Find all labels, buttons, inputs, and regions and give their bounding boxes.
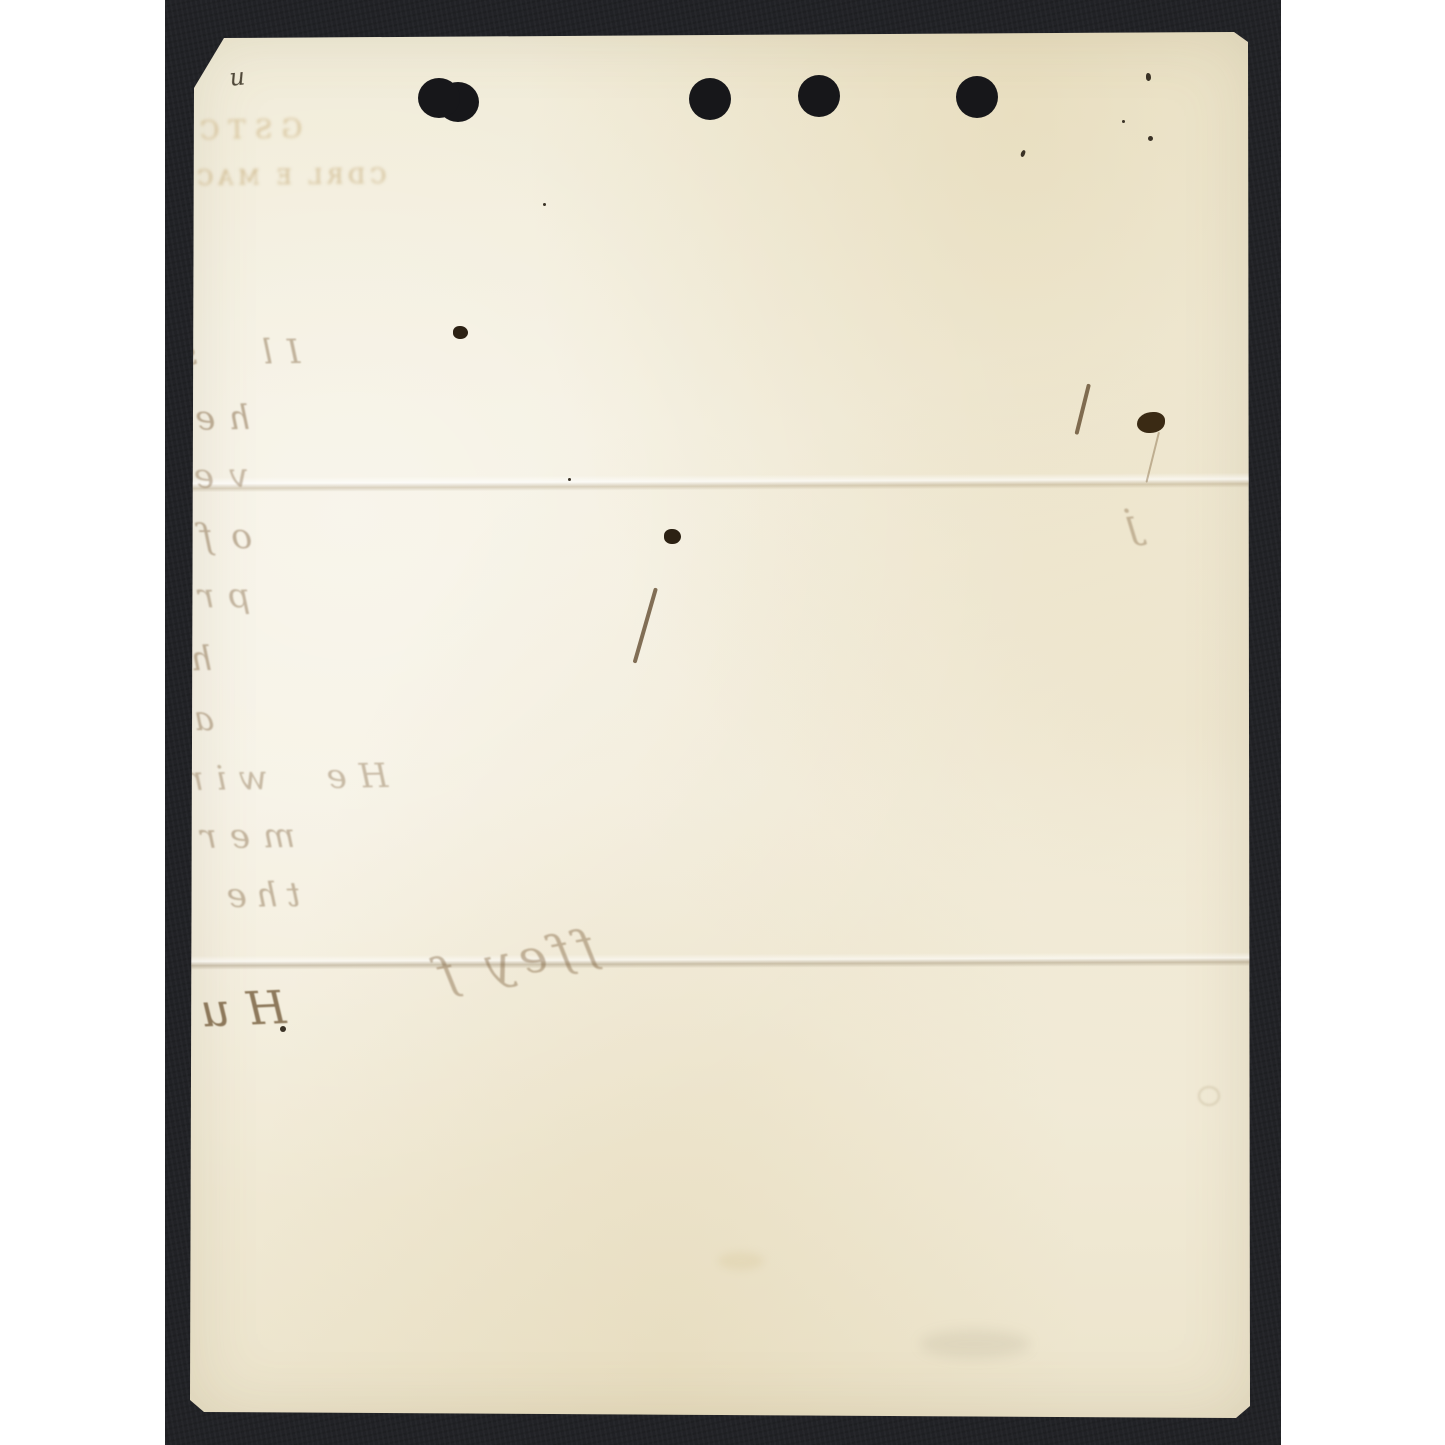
bleed-through-fragment: j — [1123, 500, 1140, 549]
bleed-through-line: and notes — [0, 699, 214, 743]
signature-bleed-through: Huyf H Mackell — [0, 980, 287, 1063]
bleed-through-line: of the pontes. Haven nen s — [0, 516, 252, 569]
letterhead-bleed-row1: GSTCL HOVSL & MOVAT HOPL IS — [0, 114, 303, 159]
ink-blot — [1137, 412, 1165, 433]
punch-hole — [798, 75, 840, 117]
paper-indent-mark — [1198, 1086, 1220, 1106]
paper-stain — [718, 1252, 764, 1270]
punch-hole — [956, 76, 998, 118]
closing-flourish: ffey f — [426, 918, 600, 1004]
ink-blot — [664, 529, 681, 544]
paper-speck — [543, 203, 546, 206]
fold-crease — [190, 473, 1252, 493]
punch-hole — [418, 78, 460, 118]
bleed-through-line: mere to brings, the nearne of — [0, 816, 295, 869]
ink-dot — [280, 1026, 286, 1032]
photo-black-backdrop: u GSTCL HOVSL & MOVAT HOPL IS CDRL E MAC… — [165, 0, 1281, 1445]
punch-hole — [689, 78, 731, 120]
bleed-through-line: very requeshe ne carlej flother — [0, 456, 248, 510]
bleed-through-line: Il s couceutis barnats, Herale — [0, 332, 301, 387]
bleed-through-line: her users weaned twently mateney — [0, 639, 212, 693]
bleed-through-line: the en grace the Corn's — [0, 875, 301, 925]
bleed-through-line: presty que estre ce the expens — [0, 576, 251, 632]
letterhead-bleed-row2: CDRL E MAC MTILLAS — [44, 164, 386, 192]
dark-pen-stroke — [633, 587, 658, 663]
ink-blot — [453, 326, 468, 339]
screenshot-canvas: u GSTCL HOVSL & MOVAT HOPL IS CDRL E MAC… — [0, 0, 1445, 1445]
paper-speck — [1146, 73, 1151, 81]
fold-crease — [190, 952, 1252, 970]
bleed-through-line: he habte, ch for haveney ro ro, hind t — [0, 398, 250, 453]
ink-blot-tail — [1145, 432, 1160, 483]
paper-speck — [1148, 136, 1153, 141]
corner-mark: u — [228, 62, 246, 92]
paper-speck — [568, 478, 571, 481]
paper-stain — [920, 1330, 1030, 1358]
paper-speck — [1122, 120, 1125, 123]
dark-pen-stroke — [1074, 384, 1090, 435]
letter-paper-reverse: u GSTCL HOVSL & MOVAT HOPL IS CDRL E MAC… — [190, 32, 1252, 1418]
paper-speck — [1020, 150, 1026, 158]
bleed-through-line: He winters tonit to news — [0, 756, 389, 810]
